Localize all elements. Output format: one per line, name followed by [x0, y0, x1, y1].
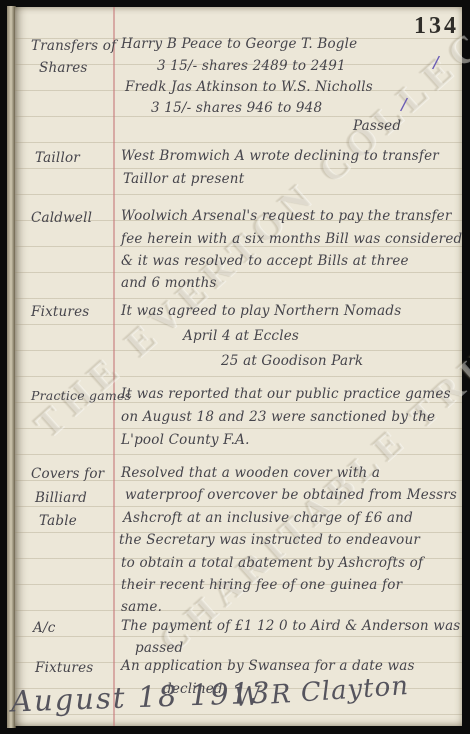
body-line: The payment of £1 12 0 to Aird & Anderso… [121, 620, 460, 634]
body-line: waterproof overcover be obtained from Me… [125, 489, 457, 503]
body-line: Taillor at present [123, 173, 244, 187]
body-line: fee herein with a six months Bill was co… [121, 233, 462, 247]
margin-label-line: Table [39, 515, 77, 529]
body-line: An application by Swansea for a date was [121, 660, 415, 674]
margin-label-line: Practice games [31, 390, 131, 403]
body-line: Harry B Peace to George T. Bogle [121, 38, 357, 52]
margin-label-line: A/c [33, 622, 55, 636]
margin-label-line: Billiard [35, 492, 87, 506]
margin-label-line: Fixtures [31, 306, 89, 320]
ledger-page: THE EVERTON COLLECTION CHARITABLE TRUST … [15, 7, 462, 726]
body-line: West Bromwich A wrote declining to trans… [121, 150, 439, 164]
body-line: on August 18 and 23 were sanctioned by t… [121, 411, 435, 425]
margin-label-line: Covers for [31, 468, 104, 482]
body-line: 25 at Goodison Park [221, 355, 363, 369]
scanned-minute-book-photo: { "page": { "number": "134" }, "marks": … [0, 0, 470, 734]
body-line: and 6 months [121, 277, 217, 291]
margin-label-line: Shares [39, 62, 88, 76]
body-line: their recent hiring fee of one guinea fo… [121, 579, 402, 593]
body-line: 3 15/- shares 2489 to 2491 / [157, 60, 346, 74]
red-margin-rule [113, 7, 115, 726]
passed-tick-icon: / [400, 97, 409, 115]
body-line: same. [121, 601, 162, 615]
body-line: April 4 at Eccles [183, 330, 299, 344]
body-line: It was reported that our public practice… [121, 388, 451, 402]
body-line: Woolwich Arsenal's request to pay the tr… [121, 210, 452, 224]
body-line: Resolved that a wooden cover with a [121, 467, 380, 481]
passed-note: Passed [353, 120, 401, 134]
passed-tick-icon: / [432, 55, 441, 73]
body-line: passed [135, 642, 183, 656]
body-line: & it was resolved to accept Bills at thr… [121, 255, 409, 269]
body-line: to obtain a total abatement by Ashcrofts… [121, 557, 423, 571]
margin-label-line: Caldwell [31, 212, 92, 226]
body-line: the Secretary was instructed to endeavou… [119, 534, 420, 548]
page-number: 134 [414, 13, 459, 40]
body-line: Fredk Jas Atkinson to W.S. Nicholls [125, 81, 373, 95]
body-line: Ashcroft at an inclusive charge of £6 an… [123, 512, 413, 526]
body-line: It was agreed to play Northern Nomads [121, 305, 401, 319]
margin-label-line: Transfers of [31, 40, 116, 54]
margin-label-line: Taillor [35, 152, 80, 166]
margin-label-line: Fixtures [35, 662, 93, 676]
body-line: 3 15/- shares 946 to 948 / [151, 102, 322, 116]
body-line: L'pool County F.A. [121, 434, 250, 448]
